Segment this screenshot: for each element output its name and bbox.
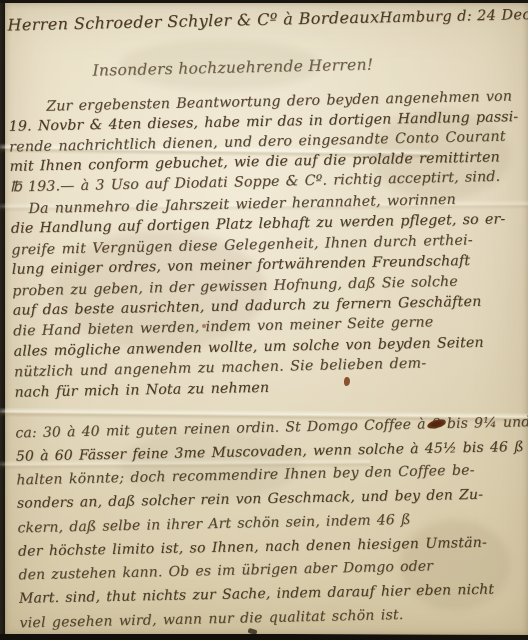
salutation-line: Insonders hochzuehrende Herren!	[92, 56, 373, 80]
recipient-address: Herren Schroeder Schyler & Cº à Bordeaux	[7, 7, 379, 34]
letter-content: Herren Schroeder Schyler & Cº à Bordeaux…	[0, 0, 528, 640]
place-dateline: Hamburg d: 24 Decbr Aº 1795	[379, 5, 528, 26]
ink-speck	[202, 324, 206, 328]
paragraph-1: Zur ergebensten Beantwortung dero beyden…	[8, 86, 519, 197]
letter-photo: Herren Schroeder Schyler & Cº à Bordeaux…	[0, 0, 528, 640]
photo-edge-shadow-bottom	[0, 634, 528, 640]
paragraph-3: ca: 30 à 40 mit guten reinen ordin. St D…	[15, 411, 528, 635]
photo-edge-shadow-left	[0, 0, 6, 640]
photo-edge-shadow-top	[0, 0, 528, 3]
paragraph-2: Da nunmehro die Jahrszeit wieder heranna…	[10, 188, 523, 403]
letter-header: Herren Schroeder Schyler & Cº à Bordeaux…	[7, 4, 513, 34]
